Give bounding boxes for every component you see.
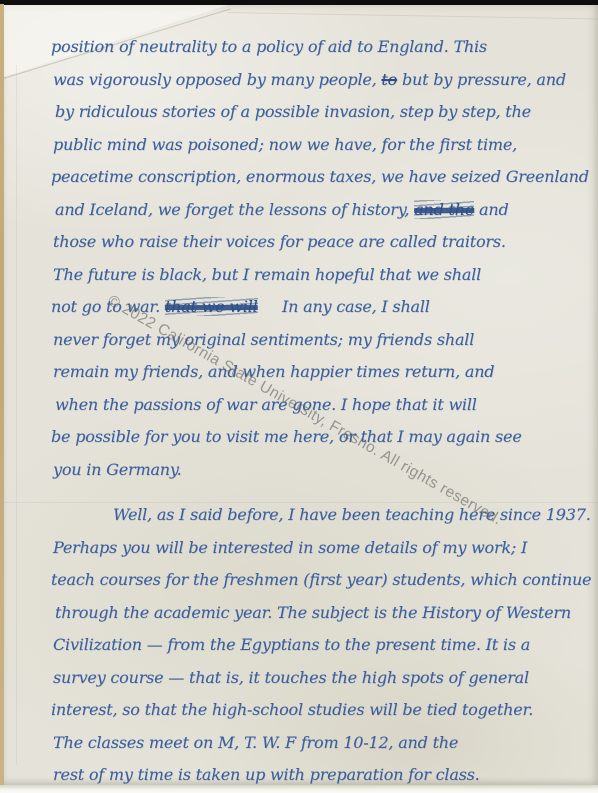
letter-text: Perhaps you will be interested in some d… [53,538,527,557]
letter-text: not go to war. [51,297,165,316]
letter-text: but by pressure, and [397,70,566,89]
letter-line: you in Germany. [53,454,594,487]
letter-line: peacetime conscription, enormous taxes, … [51,161,592,194]
letter-line: those who raise their voices for peace a… [53,226,594,259]
letter-text: teach courses for the freshmen (first ye… [51,570,591,589]
letter-line: teach courses for the freshmen (first ye… [51,564,592,597]
letter-text: The classes meet on M, T. W. F from 10-1… [53,733,458,752]
letter-body: position of neutrality to a policy of ai… [53,31,594,785]
letter-line: Perhaps you will be interested in some d… [53,532,594,565]
letter-line: rest of my time is taken up with prepara… [53,759,594,785]
letter-line: The classes meet on M, T. W. F from 10-1… [53,727,594,760]
page-edge-bottom [0,785,598,793]
letter-text: interest, so that the high-school studie… [51,700,533,719]
letter-line: never forget my original sentiments; my … [53,324,594,357]
struck-out-text: that we will [165,297,258,316]
letter-text: those who raise their voices for peace a… [53,232,506,251]
letter-text: you in Germany. [53,460,182,479]
letter-text: and [474,200,508,219]
letter-text: remain my friends, and when happier time… [53,362,494,381]
fold-crease-vertical [16,65,17,765]
page-edge-left [0,4,4,785]
letter-line: Civilization — from the Egyptians to the… [53,629,594,662]
letter-text: In any case, I shall [258,297,430,316]
letter-line: was vigorously opposed by many people, t… [53,64,594,97]
letter-text: was vigorously opposed by many people, [53,70,381,89]
letter-line: by ridiculous stories of a possible inva… [55,96,596,129]
letter-line: public mind was poisoned; now we have, f… [53,129,594,162]
letter-text: when the passions of war are gone. I hop… [55,395,477,414]
letter-text: rest of my time is taken up with prepara… [53,765,480,784]
letter-scan: position of neutrality to a policy of ai… [0,0,598,793]
letter-line: remain my friends, and when happier time… [53,356,594,389]
letter-line: when the passions of war are gone. I hop… [55,389,596,422]
letter-line: through the academic year. The subject i… [55,597,596,630]
letter-line: position of neutrality to a policy of ai… [51,31,592,64]
letter-line: survey course — that is, it touches the … [53,662,594,695]
letter-text: position of neutrality to a policy of ai… [51,37,487,56]
letter-text: by ridiculous stories of a possible inva… [55,102,531,121]
letter-text: and Iceland, we forget the lessons of hi… [55,200,414,219]
letter-text: never forget my original sentiments; my … [53,330,474,349]
letter-line: interest, so that the high-school studie… [51,694,592,727]
letter-line: be possible for you to visit me here, or… [51,421,592,454]
letter-paper: position of neutrality to a policy of ai… [3,5,598,785]
letter-text: be possible for you to visit me here, or… [51,427,522,446]
struck-out-text: to [381,70,397,89]
struck-out-text: and the [414,200,474,219]
letter-text: public mind was poisoned; now we have, f… [53,135,517,154]
letter-text: Well, as I said before, I have been teac… [113,505,591,524]
letter-line: not go to war. that we will In any case,… [51,291,592,324]
letter-line: The future is black, but I remain hopefu… [53,259,594,292]
letter-line: Well, as I said before, I have been teac… [55,499,596,532]
letter-text: The future is black, but I remain hopefu… [53,265,481,284]
fold-crease-top [228,12,598,19]
letter-text: survey course — that is, it touches the … [53,668,529,687]
letter-text: through the academic year. The subject i… [55,603,571,622]
letter-line: and Iceland, we forget the lessons of hi… [55,194,596,227]
letter-text: peacetime conscription, enormous taxes, … [51,167,589,186]
letter-text: Civilization — from the Egyptians to the… [53,635,530,654]
